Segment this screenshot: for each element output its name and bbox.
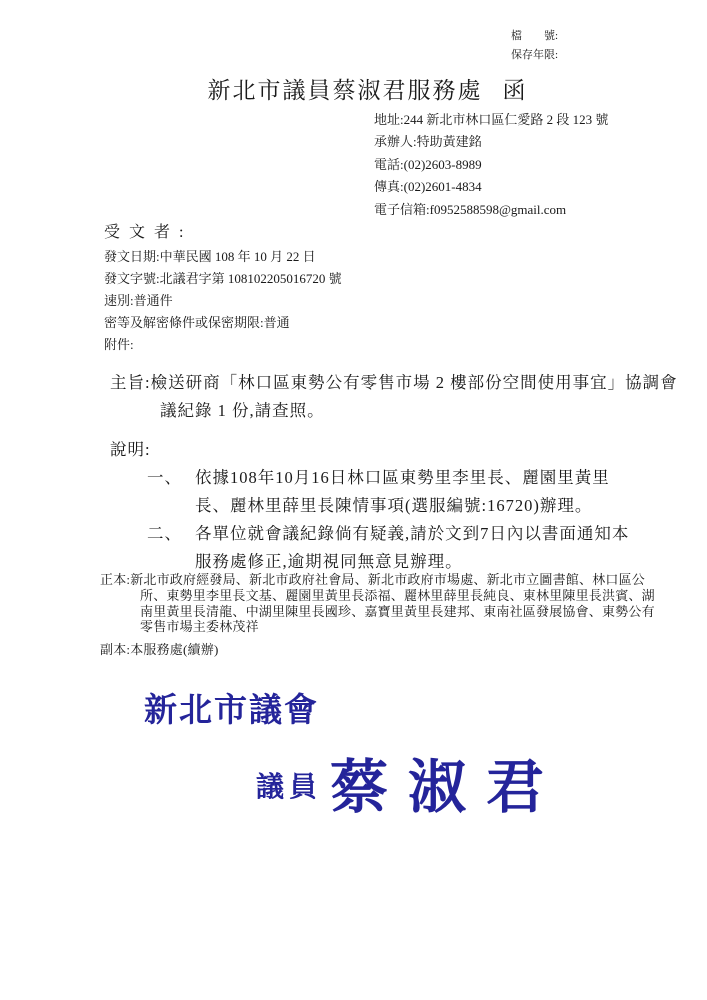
doc-number-line: 發文字號:北議君字第 108102205016720 號	[104, 268, 342, 290]
contact-person-line: 承辦人:特助黃建銘	[374, 131, 608, 153]
item-text: 各單位就會議紀錄倘有疑義,請於文到7日內以書面通知本服務處修正,逾期視同無意見辦…	[195, 520, 642, 576]
issue-date-line: 發文日期:中華民國 108 年 10 月 22 日	[104, 246, 342, 268]
original-recipients-line: 正本:新北市政府經發局、新北市政府社會局、新北市政府市場處、新北市立圖書館、林口…	[100, 572, 662, 635]
explanation-item-2: 二、 各單位就會議紀錄倘有疑義,請於文到7日內以書面通知本服務處修正,逾期視同無…	[147, 520, 642, 576]
subject-section: 主旨:檢送研商「林口區東勢公有零售市場 2 樓部份空間使用事宜」協調會議紀錄 1…	[110, 369, 682, 425]
item-text: 依據108年10月16日林口區東勢里李里長、麗園里黃里長、麗林里薛里長陳情事項(…	[195, 464, 642, 520]
priority-line: 速別:普通件	[104, 290, 342, 312]
file-number-row: 檔號:	[511, 27, 558, 46]
document-meta-block: 發文日期:中華民國 108 年 10 月 22 日 發文字號:北議君字第 108…	[104, 246, 342, 356]
retention-colon: :	[555, 49, 558, 61]
retention-label: 保存年限	[511, 46, 555, 65]
distribution-block: 正本:新北市政府經發局、新北市政府社會局、新北市政府市場處、新北市立圖書館、林口…	[100, 572, 662, 658]
council-name-stamp: 新北市議會	[144, 684, 319, 731]
member-title-stamp: 議員	[256, 765, 322, 805]
email-line: 電子信箱:f0952588598@gmail.com	[374, 199, 608, 221]
document-page: 檔號: 保存年限: 新北市議員蔡淑君服務處函 地址:244 新北市林口區仁愛路 …	[0, 0, 707, 1000]
title-doc-type: 函	[503, 78, 528, 103]
explanation-item-1: 一、 依據108年10月16日林口區東勢里李里長、麗園里黃里長、麗林里薛里長陳情…	[147, 464, 642, 520]
explanation-section: 說明: 一、 依據108年10月16日林口區東勢里李里長、麗園里黃里長、麗林里薛…	[110, 436, 642, 576]
explanation-label: 說明:	[110, 436, 642, 464]
item-number: 二、	[147, 520, 195, 576]
file-number-block: 檔號: 保存年限:	[511, 27, 558, 65]
attachment-line: 附件:	[104, 334, 342, 356]
file-number-label: 檔號	[511, 27, 555, 46]
sender-contact-block: 地址:244 新北市林口區仁愛路 2 段 123 號 承辦人:特助黃建銘 電話:…	[374, 109, 608, 221]
document-title: 新北市議員蔡淑君服務處函	[14, 72, 707, 105]
security-line: 密等及解密條件或保密期限:普通	[104, 312, 342, 334]
subject-text: 檢送研商「林口區東勢公有零售市場 2 樓部份空間使用事宜」協調會議紀錄 1 份,…	[151, 373, 678, 420]
phone-line: 電話:(02)2603-8989	[374, 154, 608, 176]
member-name-signature: 蔡淑君	[330, 740, 564, 824]
title-office-name: 新北市議員蔡淑君服務處	[208, 78, 483, 103]
file-number-colon: :	[555, 30, 558, 42]
item-number: 一、	[147, 464, 195, 520]
recipient-line: 受文者:	[104, 219, 192, 242]
address-line: 地址:244 新北市林口區仁愛路 2 段 123 號	[374, 109, 608, 131]
cc-line: 副本:本服務處(續辦)	[100, 642, 662, 658]
fax-line: 傳真:(02)2601-4834	[374, 176, 608, 198]
retention-row: 保存年限:	[511, 46, 558, 65]
subject-label: 主旨:	[110, 373, 151, 392]
